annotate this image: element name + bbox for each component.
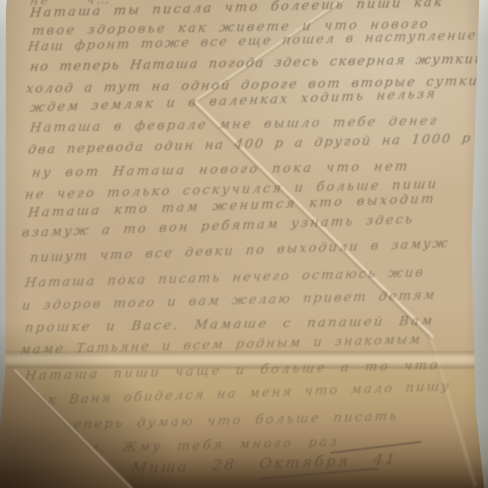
letter-line: но теперь думаю что больше писать [24, 409, 400, 434]
letter-line: прошке и Васе. Мамаше с папашей Вам [24, 314, 435, 336]
letter-line: Наташа пиши чаще и больше а то что [24, 358, 441, 384]
letter-photo: не ч…Наташа ты писала что болеешь пиши к… [0, 0, 488, 488]
letter-line: два перевода один на 400 р а другой на 1… [27, 131, 473, 158]
letter-line: пишут что все девки по выходили в замуж [29, 236, 450, 266]
letter-line: Наташа в феврале мне вышло тебе денег [29, 114, 439, 136]
letter-lines: не ч…Наташа ты писала что болеешь пиши к… [0, 0, 488, 488]
letter-line: как Ваня обиделся на меня что мало пишу [27, 379, 451, 409]
letter-line: маме Татьяне и всем родным и знакомым [19, 332, 423, 358]
letter-line: и здоров того и вам желаю привет детям [21, 288, 437, 314]
letter-paper: не ч…Наташа ты писала что болеешь пиши к… [0, 0, 488, 488]
letter-line: но теперь Наташа погода здесь скверная ж… [29, 52, 485, 75]
letter-line: Наташа пока писать нечего остаюсь жив [24, 266, 426, 292]
letter-line: ну вот Наташа нового пока что нет [31, 159, 411, 181]
